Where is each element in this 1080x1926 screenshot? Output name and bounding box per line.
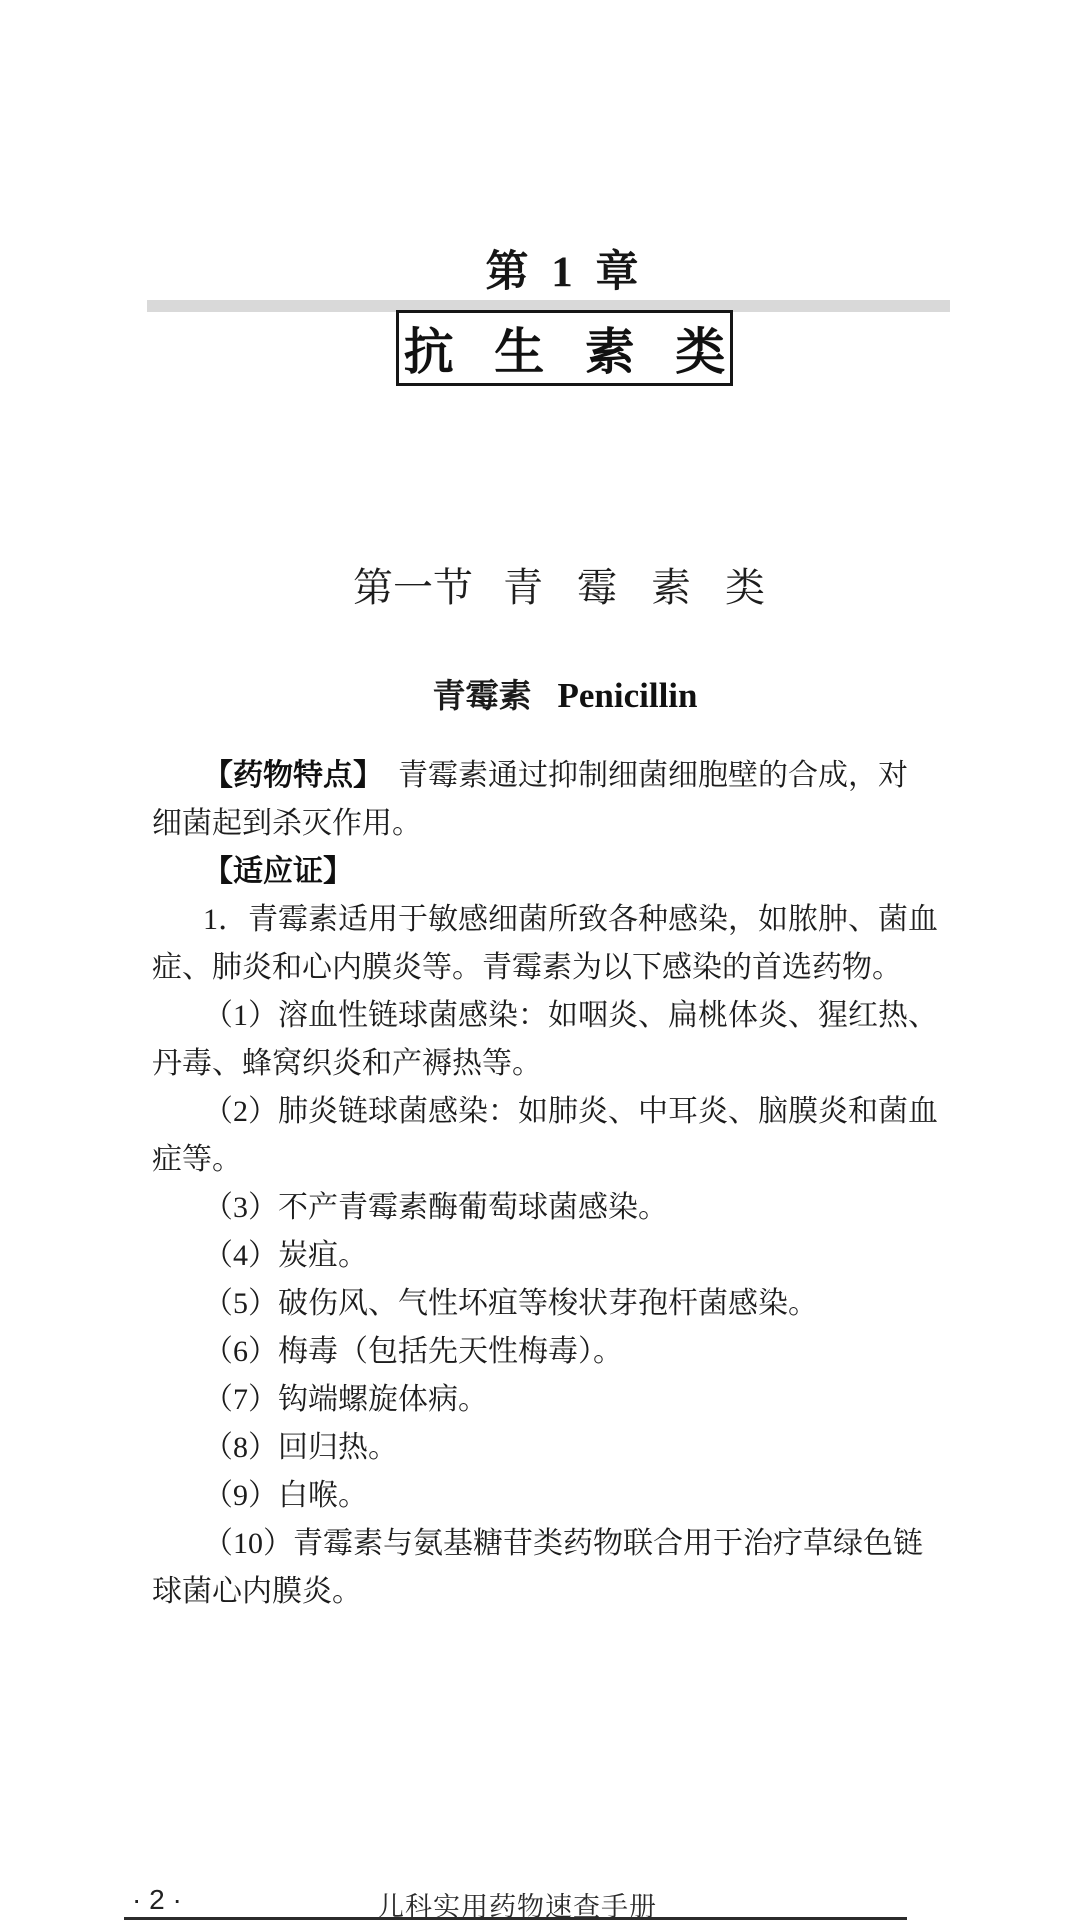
indications-label: 【适应证】 xyxy=(152,848,967,896)
footer-rule xyxy=(124,1917,907,1920)
drug-name-chinese: 青霉素 xyxy=(433,670,532,717)
chapter-box-title: 抗 生 素 类 xyxy=(396,310,733,386)
indication-item: （10）青霉素与氨基糖苷类药物联合用于治疗草绿色链 球菌心内膜炎。 xyxy=(152,1520,967,1616)
indication-item: （6）梅毒（包括先天性梅毒）。 xyxy=(152,1328,967,1376)
drug-name-english: Penicillin xyxy=(558,676,698,716)
drug-heading: 青霉素 Penicillin xyxy=(433,670,698,717)
drug-features-label: 【药物特点】 xyxy=(203,759,368,792)
indication-item: （9）白喉。 xyxy=(152,1472,967,1520)
indication-item: （3）不产青霉素酶葡萄球菌感染。 xyxy=(152,1184,967,1232)
section-title: 第一节 青 霉 素 类 xyxy=(353,556,777,613)
section-name: 青 霉 素 类 xyxy=(503,556,777,613)
paragraph-drug-features: 【药物特点】 青霉素通过抑制细菌细胞壁的合成，对 细菌起到杀灭作用。 xyxy=(152,752,967,848)
body-text: 【药物特点】 青霉素通过抑制细菌细胞壁的合成，对 细菌起到杀灭作用。 【适应证】… xyxy=(152,752,967,1616)
indication-item: （1）溶血性链球菌感染：如咽炎、扁桃体炎、猩红热、 丹毒、蜂窝织炎和产褥热等。 xyxy=(152,992,967,1088)
indication-item: （2）肺炎链球菌感染：如肺炎、中耳炎、脑膜炎和菌血 症等。 xyxy=(152,1088,967,1184)
chapter-title: 第 1 章 xyxy=(486,238,645,299)
indication-item: 1．青霉素适用于敏感细菌所致各种感染，如脓肿、菌血 症、肺炎和心内膜炎等。青霉素… xyxy=(152,896,967,992)
section-number: 第一节 xyxy=(353,556,473,613)
indication-item: （8）回归热。 xyxy=(152,1424,967,1472)
indication-item: （5）破伤风、气性坏疽等梭状芽孢杆菌感染。 xyxy=(152,1280,967,1328)
indication-item: （7）钩端螺旋体病。 xyxy=(152,1376,967,1424)
footer-page-number: · 2 · xyxy=(132,1884,182,1916)
indication-item: （4）炭疽。 xyxy=(152,1232,967,1280)
